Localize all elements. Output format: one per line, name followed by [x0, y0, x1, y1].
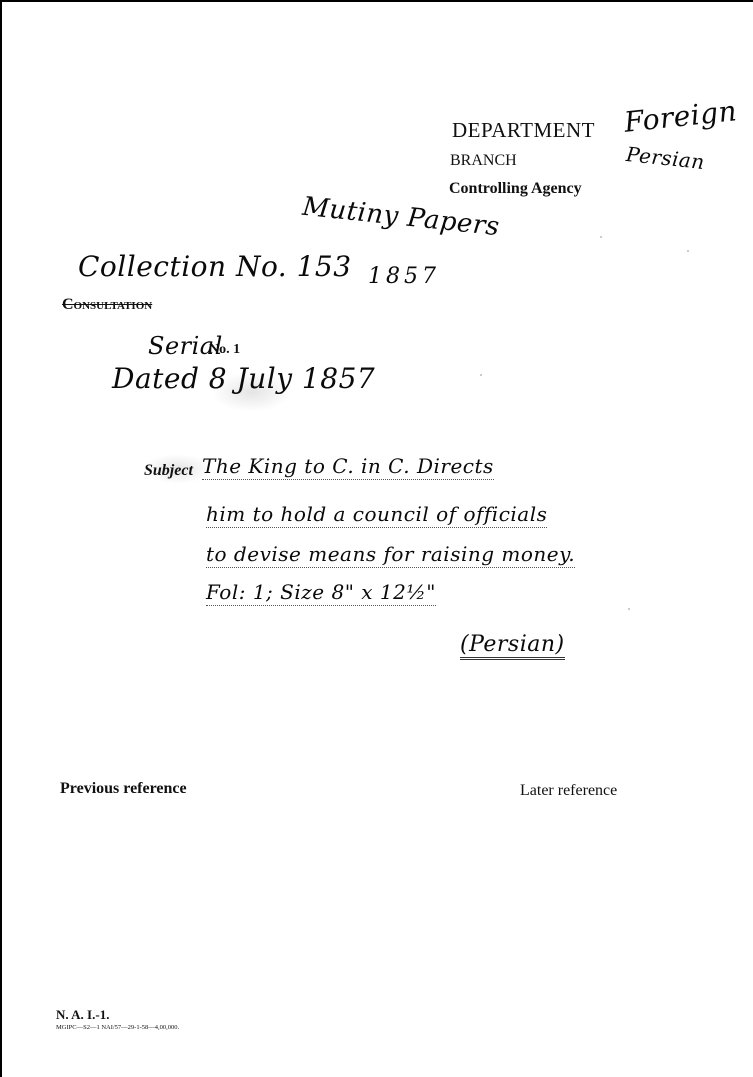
language-note: (Persian): [460, 632, 565, 660]
branch-label: BRANCH: [450, 152, 517, 170]
collection-title: Mutiny Papers: [301, 192, 501, 243]
paper-speck: [600, 236, 602, 238]
controlling-agency-label: Controlling Agency: [449, 180, 582, 198]
department-value: Foreign: [623, 94, 739, 139]
consultation-label: Consultation: [62, 296, 152, 314]
archival-index-card: DEPARTMENT Foreign BRANCH Persian Contro…: [0, 0, 753, 1077]
dated-line: Dated 8 July 1857: [112, 362, 375, 395]
collection-number: Collection No. 153: [78, 250, 352, 283]
later-reference-label: Later reference: [520, 782, 617, 800]
serial-number: No. 1: [209, 342, 240, 358]
subject-line: to devise means for raising money.: [206, 542, 575, 568]
form-code: N. A. I.-1.: [56, 1007, 109, 1023]
previous-reference-label: Previous reference: [60, 780, 187, 798]
department-label: DEPARTMENT: [452, 118, 595, 143]
paper-speck: [480, 374, 482, 376]
subject-line: The King to C. in C. Directs: [202, 454, 494, 480]
paper-speck: [687, 250, 689, 252]
subject-line: Fol: 1; Size 8" x 12½": [206, 580, 436, 606]
subject-label: Subject: [144, 462, 193, 480]
collection-year: 1857: [368, 264, 440, 289]
branch-value: Persian: [625, 142, 706, 174]
subject-line: him to hold a council of officials: [206, 502, 547, 528]
paper-speck: [628, 608, 630, 610]
printer-imprint: MGIPC—S2—1 NAI/57—29-1-58—4,00,000.: [56, 1024, 179, 1031]
